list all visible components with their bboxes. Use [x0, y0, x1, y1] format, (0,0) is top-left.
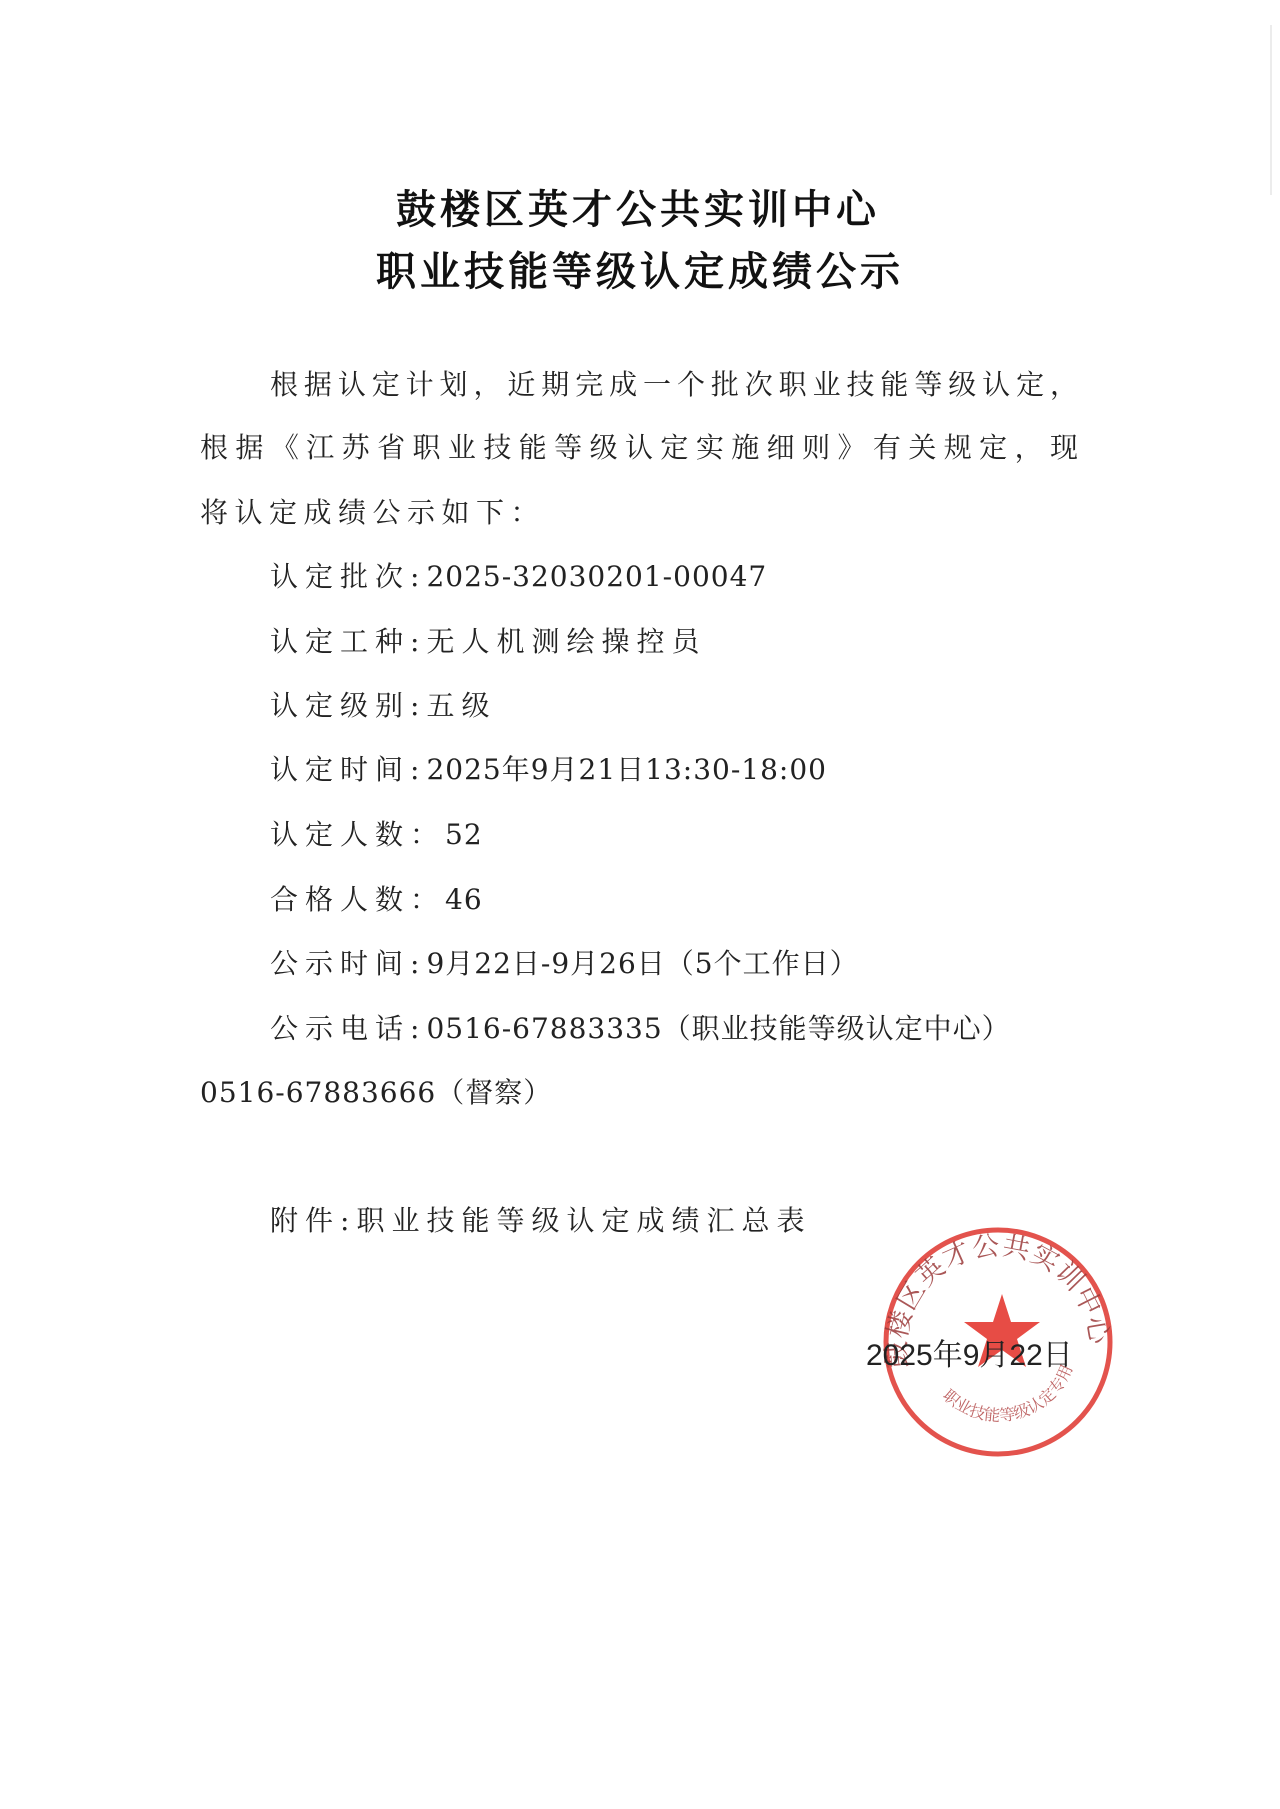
item-value: 9月22日-9月26日（5个工作日）: [426, 947, 858, 980]
item-passed: 合格人数：46: [270, 882, 483, 918]
title-line-2: 职业技能等级认定成绩公示: [0, 248, 1280, 296]
item-occupation: 认定工种:无人机测绘操控员: [270, 624, 706, 660]
item-time: 认定时间:2025年9月21日13:30-18:00: [270, 752, 827, 788]
page-edge-line: [1270, 25, 1272, 195]
attachment-value: 职业技能等级认定成绩汇总表: [356, 1204, 811, 1237]
item-value: 52: [445, 818, 483, 851]
item-value: 五级: [426, 689, 496, 722]
item-publicity-phone: 公示电话:0516-67883335（职业技能等级认定中心）: [270, 1011, 1011, 1047]
attachment-line: 附件:职业技能等级认定成绩汇总表: [270, 1203, 811, 1239]
item-label: 公示时间:: [270, 947, 426, 980]
item-batch: 认定批次:2025-32030201-00047: [270, 559, 767, 595]
item-value: 2025-32030201-00047: [426, 560, 767, 593]
item-value: 2025年9月21日13:30-18:00: [426, 753, 827, 786]
item-label: 认定人数：: [270, 818, 445, 851]
item-candidates: 认定人数：52: [270, 817, 483, 853]
item-publicity-period: 公示时间:9月22日-9月26日（5个工作日）: [270, 946, 859, 982]
supervision-phone: 0516-67883666（督察）: [200, 1075, 552, 1111]
item-label: 认定工种:: [270, 625, 426, 658]
title-line-1: 鼓楼区英才公共实训中心: [0, 186, 1278, 234]
item-label: 合格人数：: [270, 883, 445, 916]
item-value: 0516-67883335（职业技能等级认定中心）: [426, 1012, 1010, 1045]
item-label: 认定级别:: [270, 689, 426, 722]
intro-line-3: 将认定成绩公示如下：: [200, 495, 1078, 531]
item-label: 认定时间:: [270, 753, 426, 786]
sign-date: 2025年9月22日: [866, 1338, 1073, 1374]
intro-line-1: 根据认定计划，近期完成一个批次职业技能等级认定，: [270, 367, 1078, 403]
item-label: 认定批次:: [270, 560, 426, 593]
intro-line-2: 根据《江苏省职业技能等级认定实施细则》有关规定，现: [200, 430, 1078, 466]
item-level: 认定级别:五级: [270, 688, 496, 724]
item-value: 无人机测绘操控员: [426, 625, 706, 658]
item-label: 公示电话:: [270, 1012, 426, 1045]
item-value: 46: [445, 883, 483, 916]
attachment-label: 附件:: [270, 1204, 356, 1237]
